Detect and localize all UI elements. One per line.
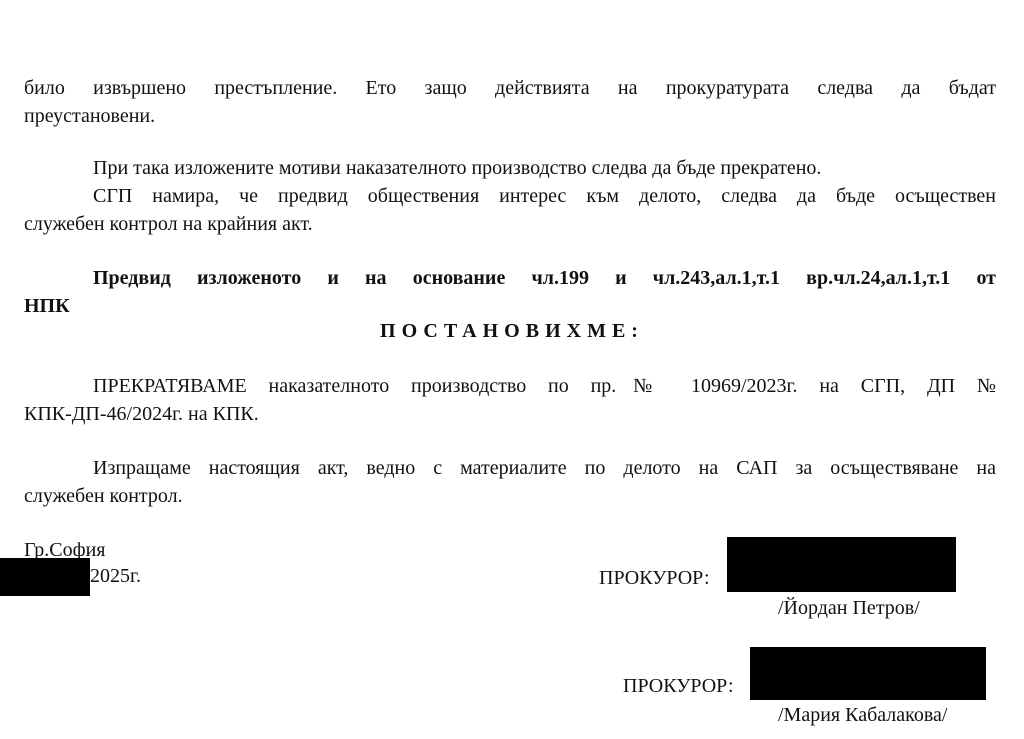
paragraph-6-line-1: Изпращаме настоящия акт, ведно с материа…	[93, 456, 996, 480]
signature-redaction-1	[727, 537, 956, 592]
paragraph-5-line-2: КПК-ДП-46/2024г. на КПК.	[24, 402, 996, 426]
paragraph-1-line-1: било извършено престъпление. Ето защо де…	[24, 76, 996, 100]
resolution-heading: ПОСТАНОВИХМЕ:	[0, 320, 1024, 343]
paragraph-3-line-1: СГП намира, че предвид обществения интер…	[93, 184, 996, 208]
paragraph-6-line-2: служебен контрол.	[24, 484, 996, 508]
date-redaction	[0, 558, 90, 596]
paragraph-3-line-2: служебен контрол на крайния акт.	[24, 212, 996, 236]
date-year: 2025г.	[90, 564, 141, 588]
paragraph-5-line-1: ПРЕКРАТЯВАМЕ наказателното производство …	[93, 374, 996, 398]
paragraph-4-line-1: Предвид изложеното и на основание чл.199…	[93, 266, 996, 290]
prosecutor-name-1: /Йордан Петров/	[778, 596, 920, 620]
paragraph-4-line-2: НПК	[24, 294, 996, 318]
paragraph-1-line-2: преустановени.	[24, 104, 996, 128]
prosecutor-label-1: ПРОКУРОР:	[599, 566, 710, 590]
signature-redaction-2	[750, 647, 986, 700]
paragraph-2-line-1: При така изложените мотиви наказателното…	[93, 156, 996, 180]
prosecutor-label-2: ПРОКУРОР:	[623, 674, 734, 698]
prosecutor-name-2: /Мария Кабалакова/	[778, 703, 947, 727]
